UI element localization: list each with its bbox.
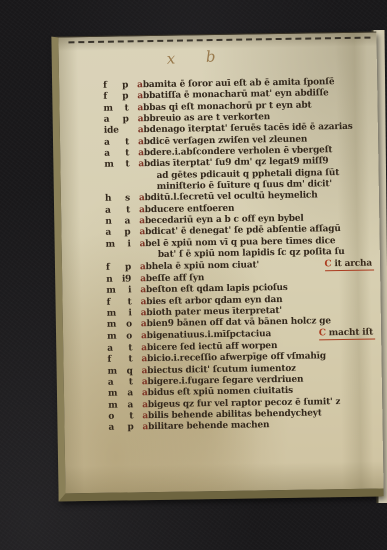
rubricated-initial: a (138, 160, 144, 170)
stitch-line (68, 37, 370, 44)
grammar-code: hs (105, 194, 130, 206)
grammar-code: ap (108, 423, 133, 435)
grammar-code: ot (108, 411, 133, 423)
rubricated-initial: a (140, 239, 146, 249)
grammar-code: at (104, 148, 129, 160)
rubricated-initial: a (137, 91, 143, 101)
grammar-code: mo (107, 320, 132, 332)
grammar-code: fp (103, 80, 128, 92)
grammar-code: at (105, 205, 130, 217)
signature-mark: x b (166, 47, 229, 68)
rubric-note: C macht iſt (319, 327, 375, 340)
rubricated-initial: a (139, 216, 145, 226)
grammar-code: ft (106, 297, 131, 309)
rubric-text: it archa (334, 258, 372, 269)
rubricated-initial: a (141, 319, 147, 329)
grammar-code: at (104, 137, 129, 149)
rubricated-initial: a (137, 80, 143, 90)
grammar-code: mi (106, 239, 131, 251)
grammar-code: at (107, 343, 132, 355)
grammar-code: mt (104, 160, 129, 172)
rubricated-initial: a (137, 103, 143, 113)
rubricated-initial: a (142, 377, 148, 387)
grammar-code: fp (106, 262, 131, 275)
rubricated-initial: a (141, 354, 147, 364)
rubricated-initial: a (142, 411, 148, 421)
rubricated-initial: a (142, 422, 148, 432)
rubric-text: macht iſt (329, 327, 373, 338)
grammar-code: ap (105, 228, 130, 240)
rubricated-initial: a (141, 331, 147, 341)
rubricated-initial: a (140, 285, 146, 295)
rubric-note: C it archa (324, 258, 374, 271)
rubricated-initial: a (139, 205, 145, 215)
rubricated-initial: a (138, 137, 144, 147)
grammar-code: na (105, 216, 130, 228)
rubricated-initial: a (139, 228, 145, 238)
grammar-code: ide (104, 126, 129, 138)
rubricated-initial: a (138, 114, 144, 124)
pilcrow-mark: C (319, 328, 329, 338)
grammar-code: at (108, 377, 133, 389)
grammar-code: ma (108, 400, 133, 412)
rubricated-initial: a (142, 366, 148, 376)
entry-text: abhela ē xpiū nom ciuat' (140, 260, 259, 274)
text-block: fpabamita ē ſoror auī eſt ab ē amita ſpo… (103, 77, 377, 435)
grammar-code: fp (103, 92, 128, 104)
rubricated-initial: a (138, 126, 144, 136)
rubricated-initial: a (138, 148, 144, 158)
book-page: x b fpabamita ē ſoror auī eſt ab ē amita… (51, 31, 383, 501)
grammar-code: mi (106, 286, 131, 298)
grammar-code: mi (107, 308, 132, 320)
grammar-code: mo (107, 331, 132, 344)
rubricated-initial: a (140, 297, 146, 307)
entry-text: abilitare behende machen (142, 421, 269, 434)
grammar-code: ma (108, 389, 133, 401)
rubricated-initial: a (139, 194, 145, 204)
rubricated-initial: a (142, 400, 148, 410)
grammar-code: ft (107, 355, 132, 367)
rubricated-initial: a (140, 274, 146, 284)
rubricated-initial: a (140, 262, 146, 272)
grammar-code: mq (108, 366, 133, 378)
rubricated-initial: a (141, 343, 147, 353)
rubricated-initial: a (141, 308, 147, 318)
rubricated-initial: a (142, 388, 148, 398)
grammar-code: ap (104, 114, 129, 126)
grammar-code: ni9 (106, 274, 131, 286)
grammar-code: mt (103, 103, 128, 115)
